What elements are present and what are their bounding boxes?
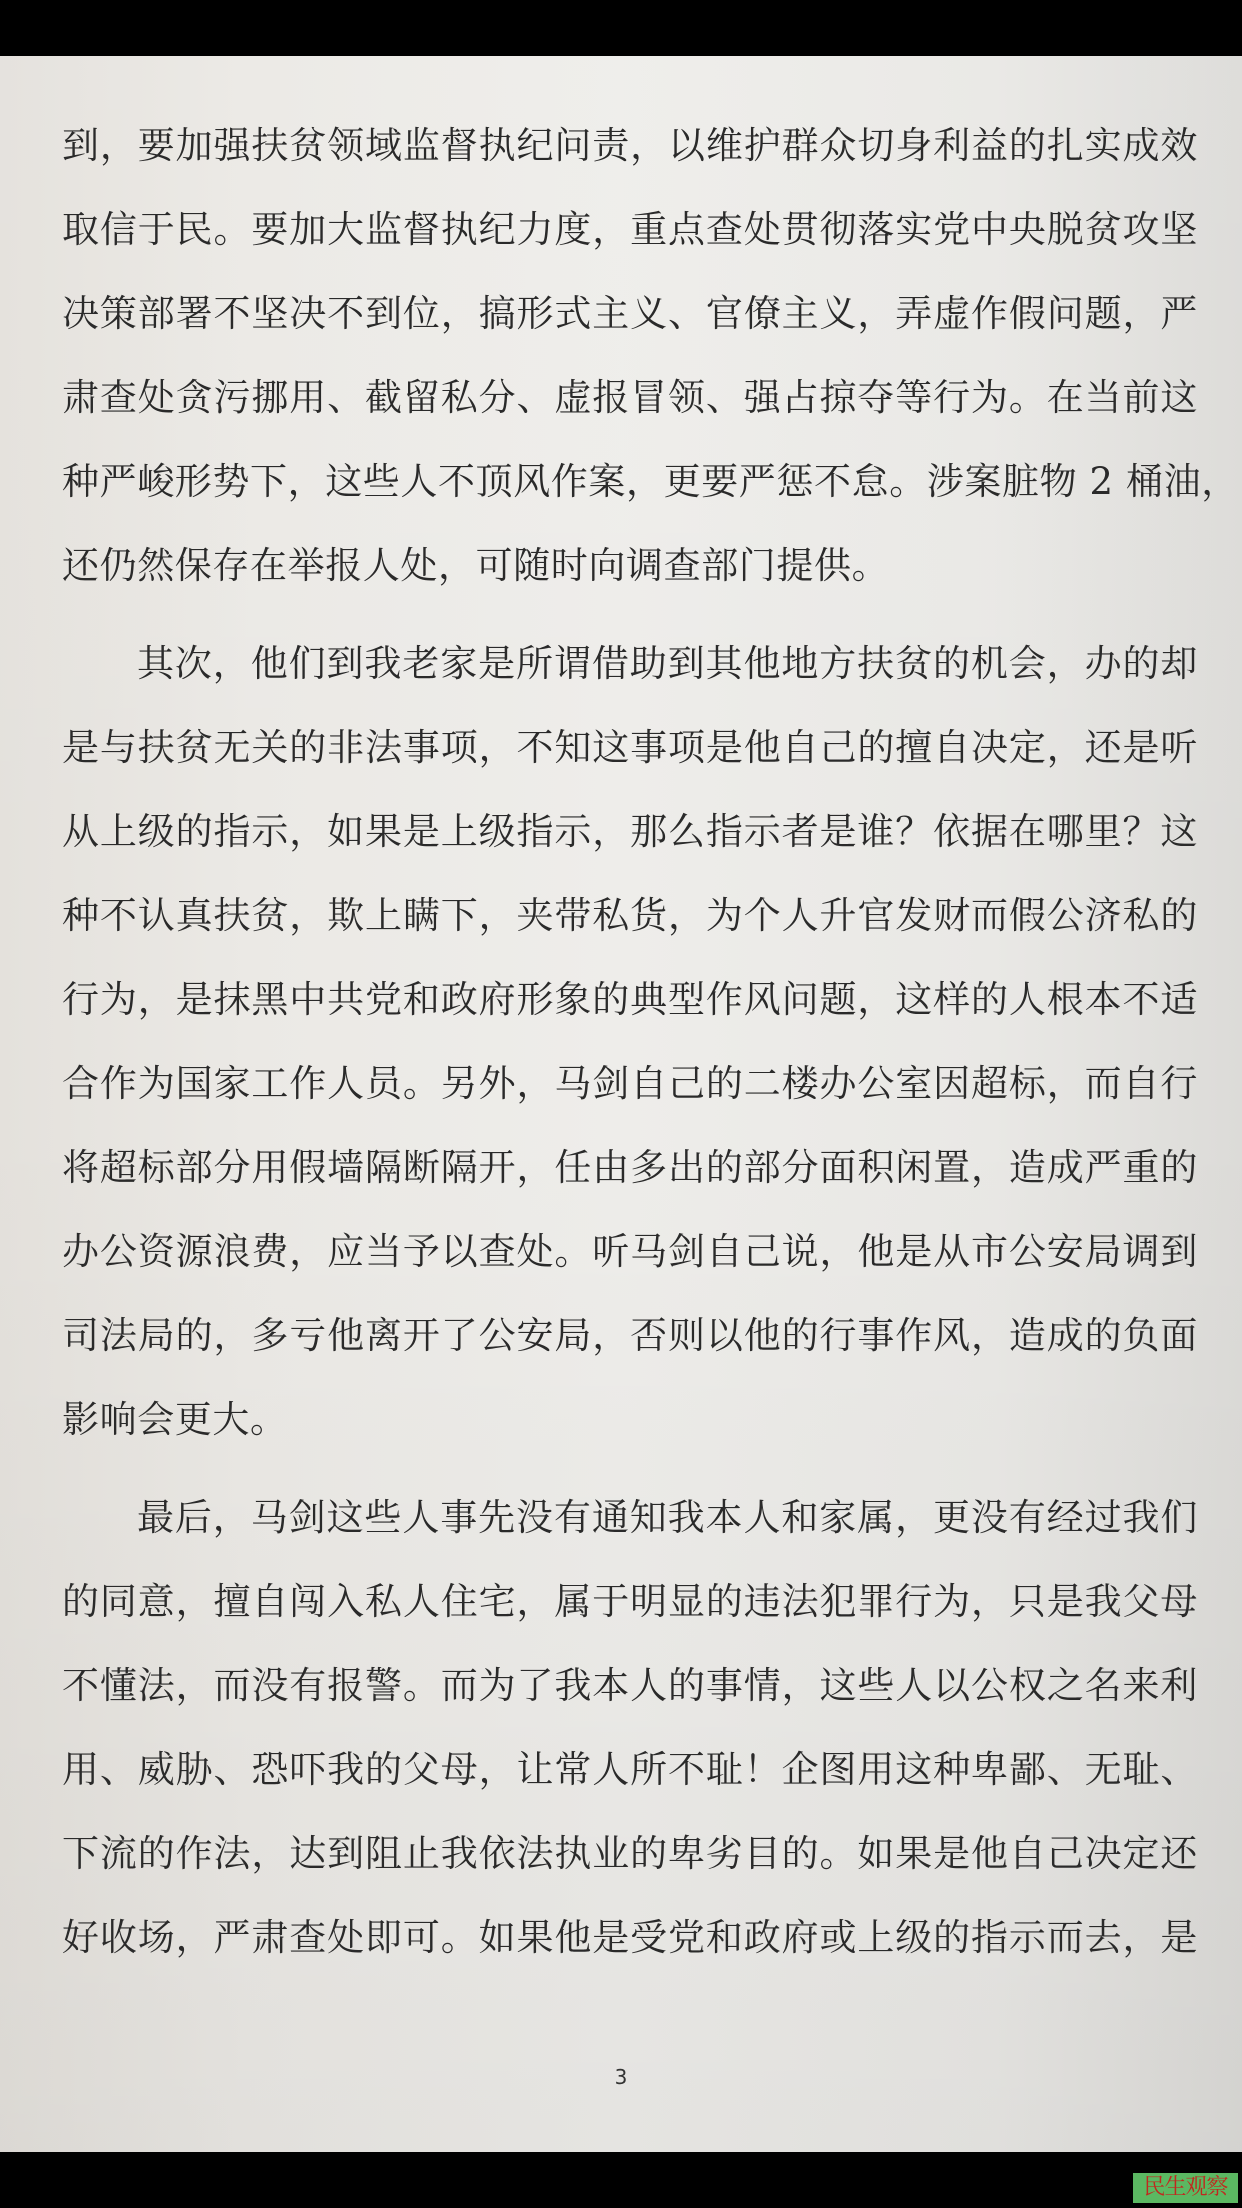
paragraph-gap — [62, 608, 1198, 622]
text-line: 还仍然保存在举报人处，可随时向调查部门提供。 — [62, 524, 1198, 608]
paragraph-2: 其次，他们到我老家是所谓借助到其他地方扶贫的机会，办的却 是与扶贫无关的非法事项… — [62, 622, 1198, 1462]
page-number: 3 — [0, 2065, 1242, 2089]
text-line: 最后，马剑这些人事先没有通知我本人和家属，更没有经过我们 — [62, 1476, 1198, 1560]
text-line: 取信于民。要加大监督执纪力度，重点查处贯彻落实党中央脱贫攻坚 — [62, 188, 1198, 272]
paragraph-1: 到，要加强扶贫领域监督执纪问责，以维护群众切身利益的扎实成效 取信于民。要加大监… — [62, 104, 1198, 608]
text-line: 从上级的指示，如果是上级指示，那么指示者是谁？依据在哪里？这 — [62, 790, 1198, 874]
text-line: 其次，他们到我老家是所谓借助到其他地方扶贫的机会，办的却 — [62, 622, 1198, 706]
text-line: 下流的作法，达到阻止我依法执业的卑劣目的。如果是他自己决定还 — [62, 1812, 1198, 1896]
text-line: 到，要加强扶贫领域监督执纪问责，以维护群众切身利益的扎实成效 — [62, 104, 1198, 188]
text-line: 种严峻形势下，这些人不顶风作案，更要严惩不怠。涉案脏物 2 桶油， — [62, 440, 1198, 524]
text-line: 不懂法，而没有报警。而为了我本人的事情，这些人以公权之名来利 — [62, 1644, 1198, 1728]
text-line: 是与扶贫无关的非法事项，不知这事项是他自己的擅自决定，还是听 — [62, 706, 1198, 790]
watermark-badge: 民生观察 — [1133, 2173, 1238, 2203]
text-line: 的同意，擅自闯入私人住宅，属于明显的违法犯罪行为，只是我父母 — [62, 1560, 1198, 1644]
text-line: 好收场，严肃查处即可。如果他是受党和政府或上级的指示而去，是 — [62, 1896, 1198, 1980]
text-line: 办公资源浪费，应当予以查处。听马剑自己说，他是从市公安局调到 — [62, 1210, 1198, 1294]
paragraph-3: 最后，马剑这些人事先没有通知我本人和家属，更没有经过我们 的同意，擅自闯入私人住… — [62, 1476, 1198, 1980]
text-line: 将超标部分用假墙隔断隔开，任由多出的部分面积闲置，造成严重的 — [62, 1126, 1198, 1210]
text-line: 种不认真扶贫，欺上瞒下，夹带私货，为个人升官发财而假公济私的 — [62, 874, 1198, 958]
paragraph-gap — [62, 1462, 1198, 1476]
text-line: 行为，是抹黑中共党和政府形象的典型作风问题，这样的人根本不适 — [62, 958, 1198, 1042]
text-line: 肃查处贪污挪用、截留私分、虚报冒领、强占掠夺等行为。在当前这 — [62, 356, 1198, 440]
top-black-bar — [0, 0, 1242, 56]
text-line: 影响会更大。 — [62, 1378, 1198, 1462]
text-line: 用、威胁、恐吓我的父母，让常人所不耻！企图用这种卑鄙、无耻、 — [62, 1728, 1198, 1812]
document-body: 到，要加强扶贫领域监督执纪问责，以维护群众切身利益的扎实成效 取信于民。要加大监… — [62, 104, 1198, 1980]
text-line: 合作为国家工作人员。另外，马剑自己的二楼办公室因超标，而自行 — [62, 1042, 1198, 1126]
text-line: 决策部署不坚决不到位，搞形式主义、官僚主义，弄虚作假问题，严 — [62, 272, 1198, 356]
bottom-black-bar — [0, 2152, 1242, 2208]
text-line: 司法局的，多亏他离开了公安局，否则以他的行事作风，造成的负面 — [62, 1294, 1198, 1378]
